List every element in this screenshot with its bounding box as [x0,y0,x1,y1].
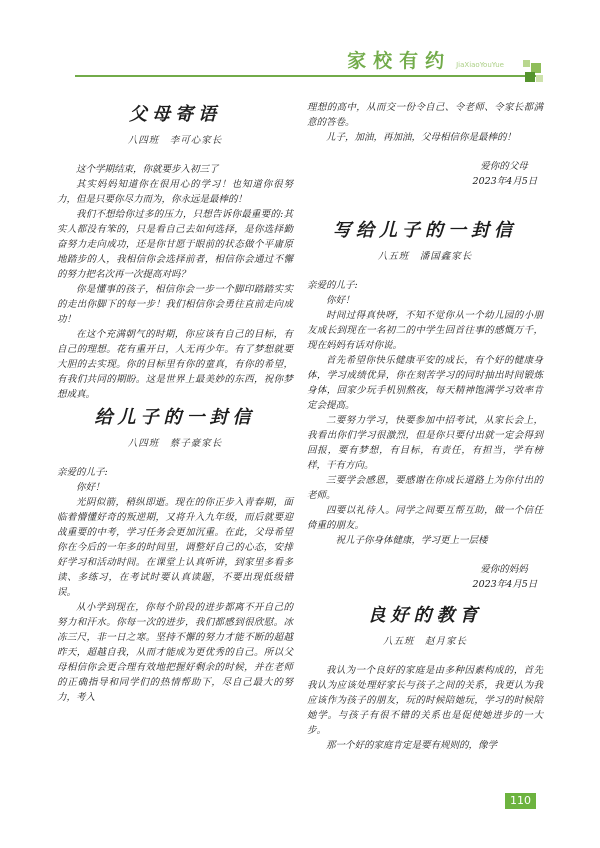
article-title: 父母寄语 [57,107,293,122]
article-byline: 八四班 李可心家长 [57,133,293,148]
letter-date: 2023年4月5日 [307,174,543,189]
article-paragraph: 时间过得真快呀，不知不觉你从一个幼儿园的小朋友成长到现在一名初二的中学生回首往事… [307,308,543,353]
article-paragraph: 在这个充满朝气的时期，你应该有自己的目标，有自己的理想。花有重开日，人无再少年。… [57,327,293,402]
article-paragraph: 我们不想给你过多的压力，只想告诉你最重要的:其实人都没有笨的，只是看自己去如何选… [57,207,293,282]
letter-signature: 爱你的父母 [307,159,543,174]
article-title: 写给儿子的一封信 [307,223,543,238]
article-paragraph: 从小学到现在，你每个阶段的进步都离不开自己的努力和汗水。你每一次的进步，我们都感… [57,600,293,705]
letter-salutation: 亲爱的儿子: [57,465,293,480]
letter-to-son-continuation: 理想的高中，从而交一份令自己、令老师、令家长都满意的答卷。 儿子，加油，再加油，… [307,100,543,189]
article-letter-to-son: 给儿子的一封信 八四班 蔡子豪家长 亲爱的儿子: 你好！ 光阴似箭，稍纵即逝。现… [57,410,293,705]
square-light-icon [523,60,530,67]
letter-date: 2023年4月5日 [307,577,543,592]
letter-wish: 祝儿子你身体健康，学习更上一层楼 [307,533,543,548]
article-byline: 八四班 蔡子豪家长 [57,436,293,451]
article-paragraph: 这个学期结束，你就要步入初三了 [57,162,293,177]
column-left: 父母寄语 八四班 李可心家长 这个学期结束，你就要步入初三了 其实妈妈知道你在很… [57,95,293,705]
article-paragraph: 首先希望你快乐健康平安的成长，有个好的健康身体，学习成绩优异，你在刻苦学习的同时… [307,353,543,413]
square-dark-icon [525,72,535,82]
article-paragraph: 四要以礼待人。同学之间要互帮互助，做一个信任倚重的朋友。 [307,503,543,533]
article-title: 给儿子的一封信 [57,410,293,425]
article-paragraph: 儿子，加油，再加油，父母相信你是最棒的！ [307,130,543,145]
column-right: 理想的高中，从而交一份令自己、令老师、令家长都满意的答卷。 儿子，加油，再加油，… [307,95,543,753]
article-good-education: 良好的教育 八五班 赵月家长 我认为一个良好的家庭是由多种因素构成的，首先我认为… [307,608,543,753]
article-letter-written-to-son: 写给儿子的一封信 八五班 潘国鑫家长 亲爱的儿子: 你好！ 时间过得真快呀，不知… [307,223,543,592]
letter-greeting: 你好！ [57,480,293,495]
header-subtitle: JiaXiaoYouYue [456,61,504,69]
article-paragraph: 你是懂事的孩子，相信你会一步一个脚印踏踏实实的走出你脚下的每一步！我们相信你会勇… [57,282,293,327]
magazine-page: 家校有约 JiaXiaoYouYue 父母寄语 八四班 李可心家长 这个学期结束… [0,0,600,848]
header-title: 家校有约 [347,46,451,73]
page-header: 家校有约 JiaXiaoYouYue [75,42,538,77]
letter-signature: 爱你的妈妈 [307,562,543,577]
article-paragraph: 三要学会感恩，要感谢在你成长道路上为你付出的老师。 [307,473,543,503]
square-pale-icon [536,75,543,82]
article-byline: 八五班 赵月家长 [307,634,543,649]
article-parents-message: 父母寄语 八四班 李可心家长 这个学期结束，你就要步入初三了 其实妈妈知道你在很… [57,107,293,402]
letter-greeting: 你好！ [307,293,543,308]
letter-salutation: 亲爱的儿子: [307,278,543,293]
page-number-badge: 110 [505,793,536,809]
article-paragraph: 我认为一个良好的家庭是由多种因素构成的，首先我认为应该处理好家长与孩子之间的关系… [307,663,543,738]
article-paragraph: 那一个好的家庭肯定是要有规则的，像学 [307,738,543,753]
article-title: 良好的教育 [307,608,543,623]
article-paragraph: 理想的高中，从而交一份令自己、令老师、令家长都满意的答卷。 [307,100,543,130]
article-byline: 八五班 潘国鑫家长 [307,249,543,264]
article-paragraph: 二要努力学习，快要参加中招考试，从家长会上，我看出你们学习很激烈，但是你只要付出… [307,413,543,473]
article-paragraph: 光阴似箭，稍纵即逝。现在的你正步入青春期，面临着懵懂好奇的叛逆期，又将升入九年级… [57,495,293,600]
article-paragraph: 其实妈妈知道你在很用心的学习！也知道你很努力，但是只要你尽力而为，你永远是最棒的… [57,177,293,207]
green-squares-cluster-icon [520,60,546,87]
